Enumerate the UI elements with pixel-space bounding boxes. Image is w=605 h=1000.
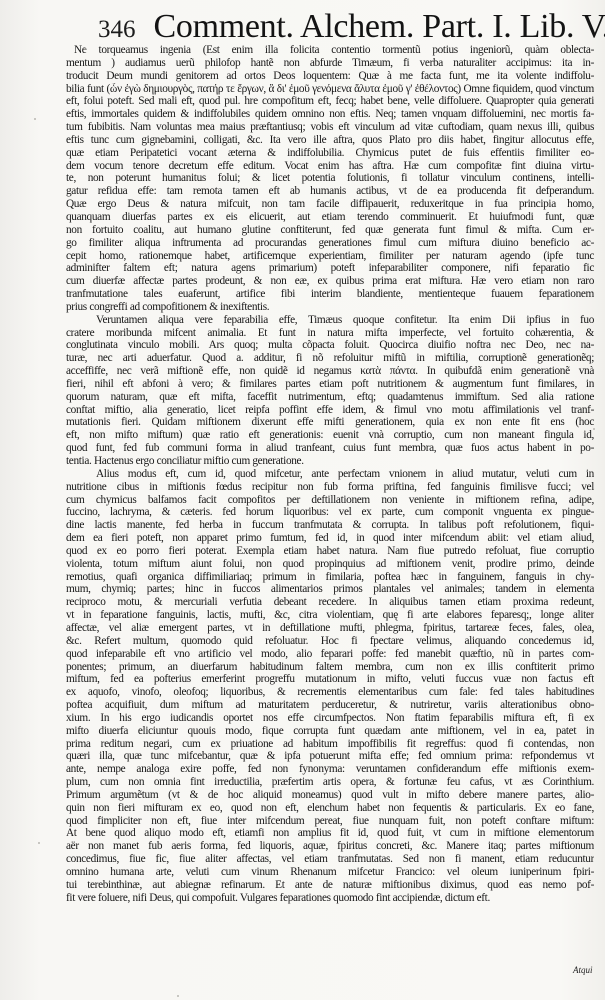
text-line: cratere moribunda mifcent animalia. Et f… bbox=[66, 327, 594, 340]
page-number: 346 bbox=[98, 16, 136, 44]
text-line: vt in feparatione fanguinis, lactis, muf… bbox=[66, 609, 594, 622]
text-line: miftum, fed ea pofterius emerferint prog… bbox=[66, 673, 594, 686]
paper-speck bbox=[38, 842, 40, 844]
running-title: Comment. Alchem. Part. I. Lib. V. bbox=[154, 8, 605, 46]
text-line: tranfmutatione tales euaferunt, artifice… bbox=[66, 288, 594, 301]
text-line: fuccino, lachryma, & cæteris. fed horum … bbox=[66, 506, 594, 519]
text-line: At bene quod aliquo modo eft, etiamfi no… bbox=[66, 827, 594, 840]
paragraph: Ne torqueamus ingenia (Est enim illa fol… bbox=[66, 44, 594, 314]
text-line: cum diuerfæ affectæ partes prodeunt, & n… bbox=[66, 275, 594, 288]
text-line: adminifter faltem eft; natura agens prim… bbox=[66, 262, 594, 275]
text-line: quanquam diuerfas partes ex eis elicueri… bbox=[66, 211, 594, 224]
paper-speck bbox=[593, 428, 595, 430]
text-line: reciproco motu, & mercuriali verfutia de… bbox=[66, 596, 594, 609]
text-line: fieri, nihil eft abfoni à vero; & fimila… bbox=[66, 378, 594, 391]
text-line: tentia. Hactenus ergo conciliatur miftio… bbox=[66, 455, 594, 468]
running-header: 346 Comment. Alchem. Part. I. Lib. V. bbox=[98, 8, 598, 44]
text-line: prima reditum negari, cum ex priuatione … bbox=[66, 738, 594, 751]
paragraph: Veruntamen aliqua vere feparabilia effe,… bbox=[66, 314, 594, 468]
text-line: conftat miftio, alia generatio, licet re… bbox=[66, 404, 594, 417]
text-line: dem vocum tenore decretum effe editum. V… bbox=[66, 160, 594, 173]
text-line: tum fubibitis. Nam voluntas mea maius pr… bbox=[66, 121, 594, 134]
text-line: poftea acquifiuit, dum miftum ad maturit… bbox=[66, 699, 594, 712]
text-line: go fimiliter aliqua inftrumenta ad procu… bbox=[66, 237, 594, 250]
text-line: non fortuito coalitu, aut humano glutine… bbox=[66, 224, 594, 237]
text-line: eft, non mifto miftum) quæ ratio eft gen… bbox=[66, 429, 594, 442]
text-line: Primum argumẽtum (vt & de hoc aliquid mo… bbox=[66, 789, 594, 802]
paragraph: Alius modus eft, cum id, quod mifcetur, … bbox=[66, 468, 594, 905]
text-line: xium. In his ergo iudicandis oportet nos… bbox=[66, 712, 594, 725]
text-line: Quæ ergo Deus & natura mifcuit, non tam … bbox=[66, 198, 594, 211]
text-line: omnino humana arte, veluti cum vinum Rhe… bbox=[66, 866, 594, 879]
text-line: conglutinata vinculo mobili. Ars quoq; m… bbox=[66, 339, 594, 352]
text-line: eft, folui poteft. Sed mali eft, quod pu… bbox=[66, 95, 594, 108]
text-line: quod funt, fed fub communi forma in aliu… bbox=[66, 442, 594, 455]
paper-speck bbox=[84, 48, 86, 50]
book-page: 346 Comment. Alchem. Part. I. Lib. V. Ne… bbox=[0, 0, 605, 1000]
text-line: affectæ, vel aliæ emergent partes, vt in… bbox=[66, 622, 594, 635]
text-line: gatur refidua effe: tam remota tamen eft… bbox=[66, 185, 594, 198]
text-line: aër non manet fub aeris forma, fed liquo… bbox=[66, 840, 594, 853]
body-text: Ne torqueamus ingenia (Est enim illa fol… bbox=[66, 44, 594, 905]
text-line: ponentes; primum, an diuerfarum habitudi… bbox=[66, 661, 594, 674]
text-line: quæ etiam Peripatetici vocant æterna & i… bbox=[66, 147, 594, 160]
text-line: quæri illa, quæ tunc mifcebantur, quæ & … bbox=[66, 750, 594, 763]
paper-speck bbox=[34, 118, 36, 120]
text-line: quin non fieri mifturam ex eo, quod non … bbox=[66, 802, 594, 815]
text-line: mutationis fieri. Quidam miftionem dixer… bbox=[66, 416, 594, 429]
text-line: plum, cum non omnia fint irreductilia, p… bbox=[66, 776, 594, 789]
text-line: fit vere foluere, nifi Deus, qui compofu… bbox=[66, 892, 594, 905]
text-line: quod ex eo porro fieri poterat. Exempla … bbox=[66, 545, 594, 558]
text-line: Alius modus eft, cum id, quod mifcetur, … bbox=[66, 468, 594, 481]
text-line: concedimus, fiue fic, fiue aliter affect… bbox=[66, 853, 594, 866]
text-line: Ne torqueamus ingenia (Est enim illa fol… bbox=[66, 44, 594, 57]
text-line: quorum naturam, quæ eft mifta, faceffit … bbox=[66, 391, 594, 404]
text-line: troducit Deum mundi genitorem ad ortos D… bbox=[66, 70, 594, 83]
text-line: eftis tunc cum gignebamini, colligati, &… bbox=[66, 134, 594, 147]
text-line: quod infeparabile eft vno artificio vel … bbox=[66, 648, 594, 661]
paper-speck bbox=[177, 995, 179, 997]
text-line: violenta, totum miftum aiunt folui, non … bbox=[66, 558, 594, 571]
catchword: Atqui bbox=[573, 965, 593, 975]
text-line: te, non poterunt humanitus folui; & lice… bbox=[66, 172, 594, 185]
text-line: mifto diuerfa eliciuntur quouis modo, fi… bbox=[66, 725, 594, 738]
text-line: dem ea fieri poteft, non apparet primo f… bbox=[66, 532, 594, 545]
text-line: remotius, quafi organica diffimiliariaq;… bbox=[66, 571, 594, 584]
text-line: prius congreffi ad compofitionem & inexi… bbox=[66, 301, 594, 314]
text-line: Veruntamen aliqua vere feparabilia effe,… bbox=[66, 314, 594, 327]
text-line: cepit homo, rationemque habet, artificem… bbox=[66, 250, 594, 263]
text-line: bilia funt (ὧν ἐγὼ δημιουργὸς, πατήρ τε … bbox=[66, 83, 594, 96]
text-line: quod fimpliciter non eft, fiue inter mif… bbox=[66, 815, 594, 828]
text-line: dine lactis manente, fed herba in fuccum… bbox=[66, 519, 594, 532]
text-line: &c. Refert multum, quomodo quid refoluat… bbox=[66, 635, 594, 648]
text-line: mum, chymiq; partes; hinc in fuccos alim… bbox=[66, 583, 594, 596]
text-line: nutritione cibus in miftionis fœdus reci… bbox=[66, 481, 594, 494]
text-line: turæ, nec arti aduerfatur. Quod a. addit… bbox=[66, 352, 594, 365]
text-line: acceffiffe, nec verã miftionẽ effe, non … bbox=[66, 365, 594, 378]
text-line: ex aquofo, vinofo, oleofoq; liquoribus, … bbox=[66, 686, 594, 699]
text-line: mentum ) audiamus uerũ philofop hantẽ no… bbox=[66, 57, 594, 70]
text-line: tui terebinthinæ, aut abiegnæ refinarum.… bbox=[66, 879, 594, 892]
text-line: ante, nempe analoga exire poffe, fed non… bbox=[66, 763, 594, 776]
text-line: eftis, immortales quidem & indiffolubile… bbox=[66, 108, 594, 121]
text-line: cum chymicus balfamos facit compofitos p… bbox=[66, 494, 594, 507]
